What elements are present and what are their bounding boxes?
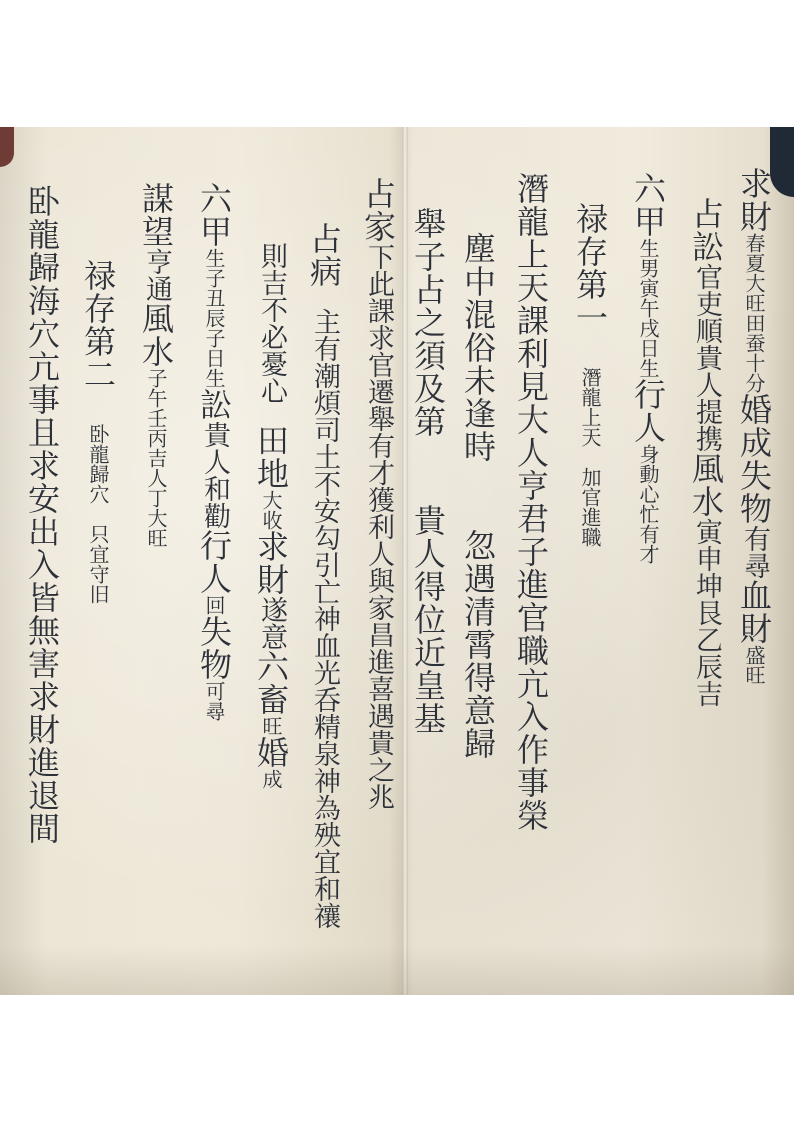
- col2-seg1: 官吏順貴人提携: [691, 263, 722, 452]
- col4-seg0: 禄存第一: [571, 202, 609, 334]
- col13-seg4: 只宜守旧: [86, 524, 110, 604]
- col7-seg0: 舉子占之須及第: [409, 207, 447, 438]
- col12-seg0: 謀望: [137, 182, 175, 248]
- col12-seg3: 子午壬丙吉人丁大旺: [144, 368, 168, 548]
- col11-seg6: 失物: [195, 615, 233, 681]
- text-column-8: 占家下此課求官遷舉有才獲利人與家昌進喜遇貴之兆: [362, 177, 394, 810]
- text-column-4: 禄存第一 潛龍上天 加官進職: [574, 202, 606, 547]
- cover-corner-right: [770, 127, 794, 197]
- col13-seg0: 禄存第二: [79, 259, 117, 391]
- col1-seg3: 失物: [735, 459, 773, 525]
- col4-seg3: [578, 447, 602, 467]
- col13-seg3: [86, 504, 110, 524]
- text-column-9: 占病 主有潮煩司土不安勾引亡神血光呑精泉神為殃宜和禳: [308, 222, 340, 929]
- col3-seg0: 六甲: [629, 172, 667, 238]
- col11-seg3: 貴人和勸: [199, 421, 230, 529]
- col11-seg0: 六甲: [195, 182, 233, 248]
- col7-seg2: 貴人得位近皇基: [409, 504, 447, 735]
- col3-seg2: 行人: [629, 378, 667, 444]
- col12-seg1: 亨通: [141, 248, 172, 302]
- col7-seg1: [409, 438, 447, 504]
- manuscript-photo: 求財春夏大旺田蚕十分婚成失物有尋血財盛旺 占訟官吏順貴人提携風水寅申坤艮乙辰吉 …: [0, 127, 794, 995]
- col8-seg1: 下此課求官遷舉有才獲利人與家昌進喜遇貴之兆: [363, 243, 394, 810]
- col10-seg2: 田地: [252, 424, 290, 490]
- col11-seg4: 行人: [195, 529, 233, 595]
- col1-seg6: 盛旺: [742, 645, 766, 685]
- col11-seg5: 回: [202, 595, 226, 615]
- text-column-3: 六甲生男寅午戌日生行人身動心忙有才: [632, 172, 664, 564]
- text-column-14: 卧龍歸海穴亢事且求安出入皆無害求財進退間: [26, 185, 58, 845]
- col11-seg7: 可尋: [202, 681, 226, 721]
- col10-seg9: 成: [259, 769, 283, 789]
- col1-seg2: 婚成: [735, 393, 773, 459]
- col2-seg2: 風水: [687, 452, 725, 518]
- col4-seg1: [571, 334, 609, 367]
- col1-seg0: 求財: [735, 167, 773, 233]
- col1-seg4: 有尋: [739, 525, 770, 579]
- page-edge-shadow: [0, 945, 794, 995]
- col9-seg1: [312, 288, 336, 308]
- col2-seg3: 寅申坤艮乙辰吉: [691, 518, 722, 707]
- col12-seg2: 風水: [137, 302, 175, 368]
- col4-seg4: 加官進職: [578, 467, 602, 547]
- col10-seg0: 則吉不必憂心: [256, 242, 287, 404]
- text-column-6: 塵中混俗未逢時 忽遇清霄得意歸: [462, 232, 494, 760]
- text-column-10: 則吉不必憂心 田地大收求財遂意六畜旺婚成: [255, 242, 287, 789]
- col10-seg3: 大收: [259, 490, 283, 530]
- col5-seg0: 潛龍上天課利見大人亨君子進官職亢入作事榮: [512, 172, 550, 832]
- col10-seg8: 婚: [252, 736, 290, 769]
- col9-seg0: 占病: [305, 222, 343, 288]
- text-column-7: 舉子占之須及第 貴人得位近皇基: [412, 207, 444, 735]
- page-fold: [402, 127, 408, 995]
- col10-seg6: 六畜: [252, 650, 290, 716]
- text-column-5: 潛龍上天課利見大人亨君子進官職亢入作事榮: [515, 172, 547, 832]
- col10-seg1: [259, 404, 283, 424]
- col11-seg1: 生子丑辰子日生: [202, 248, 226, 388]
- col1-seg1: 春夏大旺田蚕十分: [742, 233, 766, 393]
- col13-seg1: [79, 391, 117, 424]
- col8-seg0: 占家: [359, 177, 397, 243]
- col10-seg5: 遂意: [256, 596, 287, 650]
- text-column-13: 禄存第二 卧龍歸穴 只宜守旧: [82, 259, 114, 604]
- col10-seg4: 求財: [252, 530, 290, 596]
- col9-seg2: 主有潮煩司土不安勾引亡神血光呑精泉神為殃宜和禳: [309, 308, 340, 929]
- col4-seg2: 潛龍上天: [578, 367, 602, 447]
- col2-seg0: 占訟: [687, 197, 725, 263]
- col3-seg3: 身動心忙有才: [636, 444, 660, 564]
- col3-seg1: 生男寅午戌日生: [636, 238, 660, 378]
- text-column-1: 求財春夏大旺田蚕十分婚成失物有尋血財盛旺: [738, 167, 770, 685]
- col6-seg2: 忽遇清霄得意歸: [459, 529, 497, 760]
- col14-seg0: 卧龍歸海穴亢事且求安出入皆無害求財進退間: [23, 185, 61, 845]
- col6-seg0: 塵中混俗未逢時: [459, 232, 497, 463]
- text-column-11: 六甲生子丑辰子日生訟貴人和勸行人回失物可尋: [198, 182, 230, 721]
- col13-seg2: 卧龍歸穴: [86, 424, 110, 504]
- col10-seg7: 旺: [259, 716, 283, 736]
- col11-seg2: 訟: [195, 388, 233, 421]
- text-column-2: 占訟官吏順貴人提携風水寅申坤艮乙辰吉: [690, 197, 722, 707]
- text-column-12: 謀望亨通風水子午壬丙吉人丁大旺: [140, 182, 172, 548]
- col6-seg1: [459, 463, 497, 529]
- col1-seg5: 血財: [735, 579, 773, 645]
- cover-corner-left: [0, 127, 14, 167]
